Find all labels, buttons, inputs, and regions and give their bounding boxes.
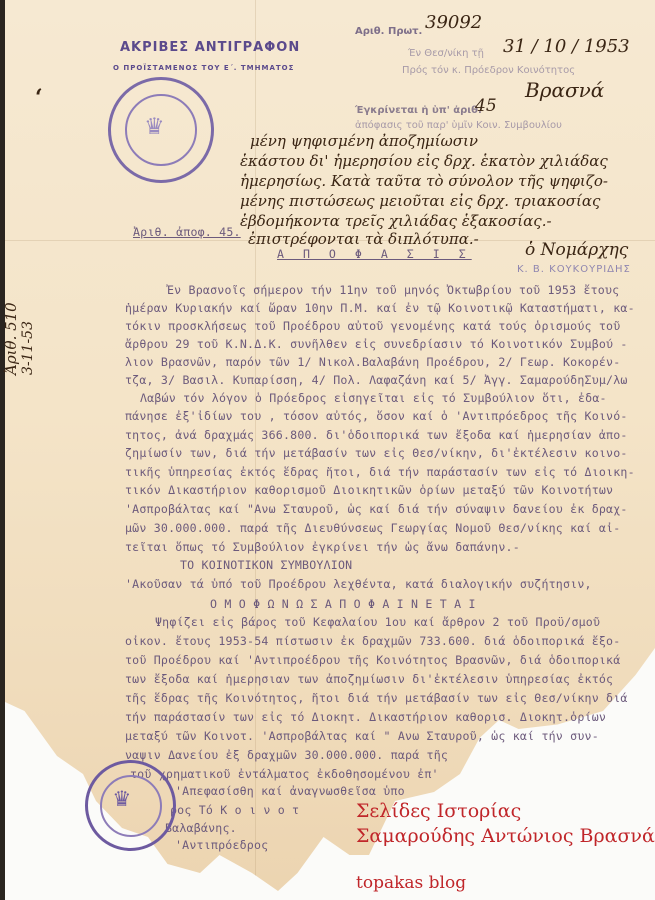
closing-line: 'Απεφασίσθη καί ἀναγνωσθεῖσα ὑπο (175, 784, 405, 798)
margin-mark: ʻ (35, 85, 43, 111)
document-date: 31 / 10 / 1953 (503, 36, 630, 57)
decision-number: Ἀριθ. ἀποφ. 45. (133, 225, 241, 239)
place-label: Έν Θεσ/νίκη τῇ (408, 48, 484, 59)
scan-edge (0, 0, 5, 900)
watermark-blog: topakas blog (356, 873, 466, 893)
resolution-line: τῆς ἕδρας τῆς Κοινότητος, ἤτοι διά τήν μ… (125, 691, 628, 705)
body-line: τικόν Δικαστήριον καθορισμοῦ Διοικητικῶν… (125, 483, 613, 497)
note-line: ἡμερησίως. Κατὰ ταῦτα τὸ σύνολον τῆς ψηφ… (240, 172, 608, 190)
body-line: πάνησε ἐξ'ἰδίων του , τόσον αὐτός, ὅσον … (125, 409, 628, 423)
governor-signature: ὁ Νομάρχης (525, 240, 628, 260)
crown-icon: ♛ (114, 783, 130, 813)
closing-line: Βαλαβάνης. (165, 821, 237, 835)
watermark-title: Σελίδες Ιστορίας (356, 800, 521, 822)
body-line: τζα, 3/ Βασιλ. Κυπαρίσση, 4/ Πολ. Λαφαζά… (125, 373, 628, 387)
body-line: μῶν 30.000.000. παρά τῆς Διευθύνσεως Γεω… (125, 521, 620, 535)
resolution-line: των ἔξοδα καί ἡμερησιαν των ἀποζημίωσιν … (125, 672, 613, 686)
approval-label: Έγκρίνεται ἡ ὑπ' ἀριθ. (355, 105, 482, 116)
body-line: ζημίωσίν των, διά τήν μετάβασίν των εἰς … (125, 446, 628, 460)
body-line: λιον Βρασνῶν, παρόν τῶν 1/ Νικολ.Βαλαβάν… (125, 355, 620, 369)
closing-line: ρος Τό Κ ο ι ν ο τ (170, 803, 299, 817)
approval-number: 45 (475, 96, 497, 116)
body-line: τητος, ἀνά δραχμάς 366.800. δι'ὁδοιπορικ… (125, 428, 628, 442)
body-line: Λαβών τόν λόγον ὁ Πρόεδρος εἰσηγεῖται εἰ… (140, 391, 607, 405)
body-line: τεῖται ὅπως τό Συμβούλιον ἐγκρίνει τήν ὡ… (125, 540, 520, 554)
crown-icon: ♛ (146, 108, 163, 141)
note-line: μένης πιστώσεως μειοῦται εἰς δρχ. τριακο… (240, 192, 600, 210)
decision-heading: Α Π Ο Φ Α Σ Ι Σ (277, 247, 472, 261)
seal-inner-ring (100, 775, 162, 837)
resolution-line: Ψηφίζει εἰς βάρος τοῦ Κεφαλαίου 1ου καί … (155, 615, 600, 629)
council-heading: ΤΟ ΚΟΙΝΟΤΙΚΟΝ ΣΥΜΒΟΥΛΙΟΝ (180, 558, 352, 572)
protocol-label: Αριθ. Πρωτ. (355, 26, 422, 37)
note-line: ἐπιστρέφονται τὰ διπλότυπα.- (248, 230, 479, 248)
recipient-place: Βρασνά (525, 78, 604, 102)
body-line: 'Ασπροβάλτας καί "Ανω Σταυροῦ, ὡς καί δι… (125, 502, 628, 516)
body-line: τόκιν προσκλήσεως τοῦ Προέδρου αὐτοῦ γεν… (125, 319, 620, 333)
unanimous-heading: Ο Μ Ο Φ Ω Ν Ω Σ Α Π Ο Φ Α Ι Ν Ε Τ Α Ι (210, 597, 476, 611)
watermark-author: Σαμαρούδης Αντώνιος Βρασνά (356, 825, 655, 847)
decision-label: ἀπόφασις τοῦ παρ' ὑμῖν Κοιν. Συμβουλίου (355, 120, 562, 131)
closing-line: 'Αντιπρόεδρος (175, 838, 268, 852)
resolution-line: ναψιν Δανείου ἐξ δραχμῶν 30.000.000. παρ… (125, 748, 448, 762)
note-line: ἑβδομήκοντα τρεῖς χιλιάδας ἑξακοσίας.- (240, 212, 552, 230)
resolution-line: τήν παράστασίν των εἰς τό Διοκητ. Δικαστ… (125, 710, 606, 724)
note-line: ἑκάστου δι' ἡμερησίου εἰς δρχ. ἑκατὸν χι… (240, 152, 608, 170)
body-line: ἄρθρου 29 τοῦ Κ.Ν.Δ.Κ. συνῆλθεν εἰς συνε… (125, 337, 628, 351)
protocol-number: 39092 (425, 12, 482, 33)
side-note-number: Ἀριθ. 510 (2, 302, 20, 375)
council-line: 'Ακοῦσαν τά ὑπό τοῦ Προέδρου λεχθέντα, κ… (125, 577, 592, 591)
certified-copy-stamp: ΑΚΡΙΒΕΣ ΑΝΤΙΓΡΑΦΟΝ (120, 40, 300, 55)
prefecture-seal: ♛ (108, 77, 214, 183)
side-note-date: 3-11-53 (20, 321, 36, 375)
resolution-line: οἰκον. ἔτους 1953-54 πίστωσιν ἐκ δραχμῶν… (125, 634, 620, 648)
note-line: μένη ψηφισμένη ἀποζημίωσιν (250, 132, 478, 150)
resolution-line: μεταξύ τῶν Κοινοτ. 'Ασπροβάλτας καί " Αν… (125, 729, 599, 743)
governor-name: Κ. Β. ΚΟΥΚΟΥΡΙΔΗΣ (517, 264, 631, 275)
resolution-line: τοῦ Προέδρου καί 'Αντιπροέδρου τῆς Κοινό… (125, 653, 620, 667)
municipality-seal: ♛ (85, 760, 176, 851)
body-line: Ἐν Βρασνοῖς σήμερον τήν 11ην τοῦ μηνός Ὀ… (167, 283, 619, 297)
stamp-subtitle: Ο ΠΡΟΪΣΤΑΜΕΝΟΣ ΤΟΥ Ε΄. ΤΜΗΜΑΤΟΣ (113, 64, 294, 72)
body-line: ἡμέραν Κυριακήν καί ὥραν 10ην Π.Μ. καί ἐ… (125, 301, 635, 315)
recipient-label: Πρός τόν κ. Πρόεδρον Κοινότητος (402, 65, 575, 76)
body-line: τικῆς ὑπηρεσίας ἐκτός ἕδρας ἤτοι, διά τή… (125, 465, 635, 479)
resolution-line: τοῦ χρηματικοῦ ἐντάλματος ἐκδοθησομένου … (130, 767, 439, 781)
